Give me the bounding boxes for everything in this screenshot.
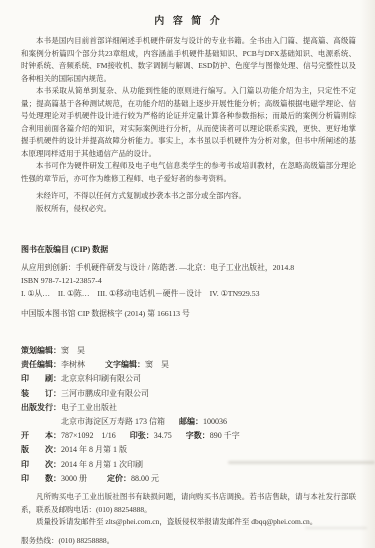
cip-record-number-line: 中国版本图书馆 CIP 数据核字 (2014) 第 166113 号 [21, 307, 356, 320]
postcode-value: 100036 [203, 417, 227, 426]
edition-label: 版 次： [21, 445, 61, 454]
publisher-notices-block: 凡所购买电子工业出版社图书有缺损问题，请向购买书店调换。若书店售缺，请与本社发行… [21, 491, 356, 547]
format-row: 开 本：787×1092 1/16印张：34.75字数：890 千字 [21, 429, 356, 443]
print-run-row: 印 数：3000 册定价：88.00 元 [21, 472, 356, 486]
duty-editor-value: 李树林 [61, 360, 85, 369]
binder-label: 装 订： [21, 389, 61, 398]
impression-label: 印 次： [21, 460, 61, 469]
format-value: 787×1092 1/16 [61, 431, 116, 440]
impression-value: 2014 年 8 月第 1 次印刷 [61, 460, 143, 469]
edition-row: 版 次：2014 年 8 月第 1 版 [21, 443, 356, 457]
intro-paragraph-3: 本书可作为硬件研发工程师及电子电气信息类学生的参考书或培训教材，在忽略高级篇部分… [21, 160, 356, 185]
cip-data-block: 图书在版编目 (CIP) 数据 从应用到创新：手机硬件研发与设计 / 陈皓著. … [21, 244, 356, 320]
no-copy-notice: 未经许可，不得以任何方式复制或抄袭本书之部分或全部内容。 [21, 190, 356, 203]
purchase-exchange-notice: 凡所购买电子工业出版社图书有缺损问题，请向购买书店调换。若书店售缺，请与本社发行… [21, 491, 356, 516]
print-run-value: 3000 册 [61, 474, 87, 483]
text-editor-value: 窦 昊 [145, 360, 169, 369]
cip-heading: 图书在版编目 (CIP) 数据 [21, 244, 356, 255]
format-label: 开 本： [21, 431, 61, 440]
planning-editor-label: 策划编辑： [21, 346, 61, 355]
publisher-row: 出版发行：电子工业出版社 [21, 401, 356, 415]
publisher-value: 电子工业出版社 [61, 403, 117, 412]
book-copyright-page: 内 容 简 介 本书是国内目前首部详细阐述手机硬件研发与设计的专业书籍。全书由入… [0, 0, 375, 548]
intro-paragraph-2: 本书采取从简单到复杂、从功能到性能的原则进行编写。入门篇以功能介绍为主，只定性不… [21, 85, 356, 160]
all-rights-reserved-notice: 版权所有，侵权必究。 [21, 203, 356, 216]
duty-editor-label: 责任编辑： [21, 360, 61, 369]
cip-classification-line: I. ①从… II. ①陈… III. ①移动电话机－硬件－设计 IV. ①TN… [21, 287, 356, 300]
word-count-value: 890 千字 [210, 431, 240, 440]
duty-editor-row: 责任编辑：李树林文字编辑：窦 昊 [21, 358, 356, 372]
sheets-value: 34.75 [154, 431, 172, 440]
intro-paragraph-1: 本书是国内目前首部详细阐述手机硬件研发与设计的专业书籍。全书由入门篇、提高篇、高… [21, 35, 356, 85]
word-count-label: 字数： [186, 431, 210, 440]
publisher-address: 北京市海淀区万寿路 173 信箱 [61, 417, 165, 426]
cip-isbn-line: ISBN 978-7-121-23857-4 [21, 274, 356, 287]
printer-value: 北京京科印刷有限公司 [61, 374, 141, 383]
content-summary-title: 内 容 简 介 [21, 12, 356, 27]
copyright-notice-block: 未经许可，不得以任何方式复制或抄袭本书之部分或全部内容。 版权所有，侵权必究。 [21, 190, 356, 215]
cip-title-line: 从应用到创新：手机硬件研发与设计 / 陈皓著. —北京：电子工业出版社，2014… [21, 261, 356, 274]
service-hotline-line: 服务热线：(010) 88258888。 [21, 535, 356, 548]
sheets-label: 印张： [130, 431, 154, 440]
impression-row: 印 次：2014 年 8 月第 1 次印刷 [21, 458, 356, 472]
printer-row: 印 刷：北京京科印刷有限公司 [21, 372, 356, 386]
publisher-address-row: 北京市海淀区万寿路 173 信箱邮编：100036 [21, 415, 356, 429]
print-run-label: 印 数： [21, 474, 61, 483]
price-value: 88.00 元 [131, 474, 159, 483]
planning-editor-row: 策划编辑：窦 昊 [21, 344, 356, 358]
quality-complaint-notice: 质量投诉请发邮件至 zlts@phei.com.cn，盗版侵权举报请发邮件至 d… [21, 516, 356, 529]
planning-editor-value: 窦 昊 [61, 346, 85, 355]
publisher-label: 出版发行： [21, 403, 61, 412]
printer-label: 印 刷： [21, 374, 61, 383]
text-editor-label: 文字编辑： [105, 360, 145, 369]
edition-value: 2014 年 8 月第 1 版 [61, 445, 127, 454]
binder-value: 三河市鹏成印业有限公司 [61, 389, 149, 398]
colophon-block: 策划编辑：窦 昊 责任编辑：李树林文字编辑：窦 昊 印 刷：北京京科印刷有限公司… [21, 344, 356, 486]
price-label: 定价： [107, 474, 131, 483]
binder-row: 装 订：三河市鹏成印业有限公司 [21, 387, 356, 401]
postcode-label: 邮编： [179, 417, 203, 426]
